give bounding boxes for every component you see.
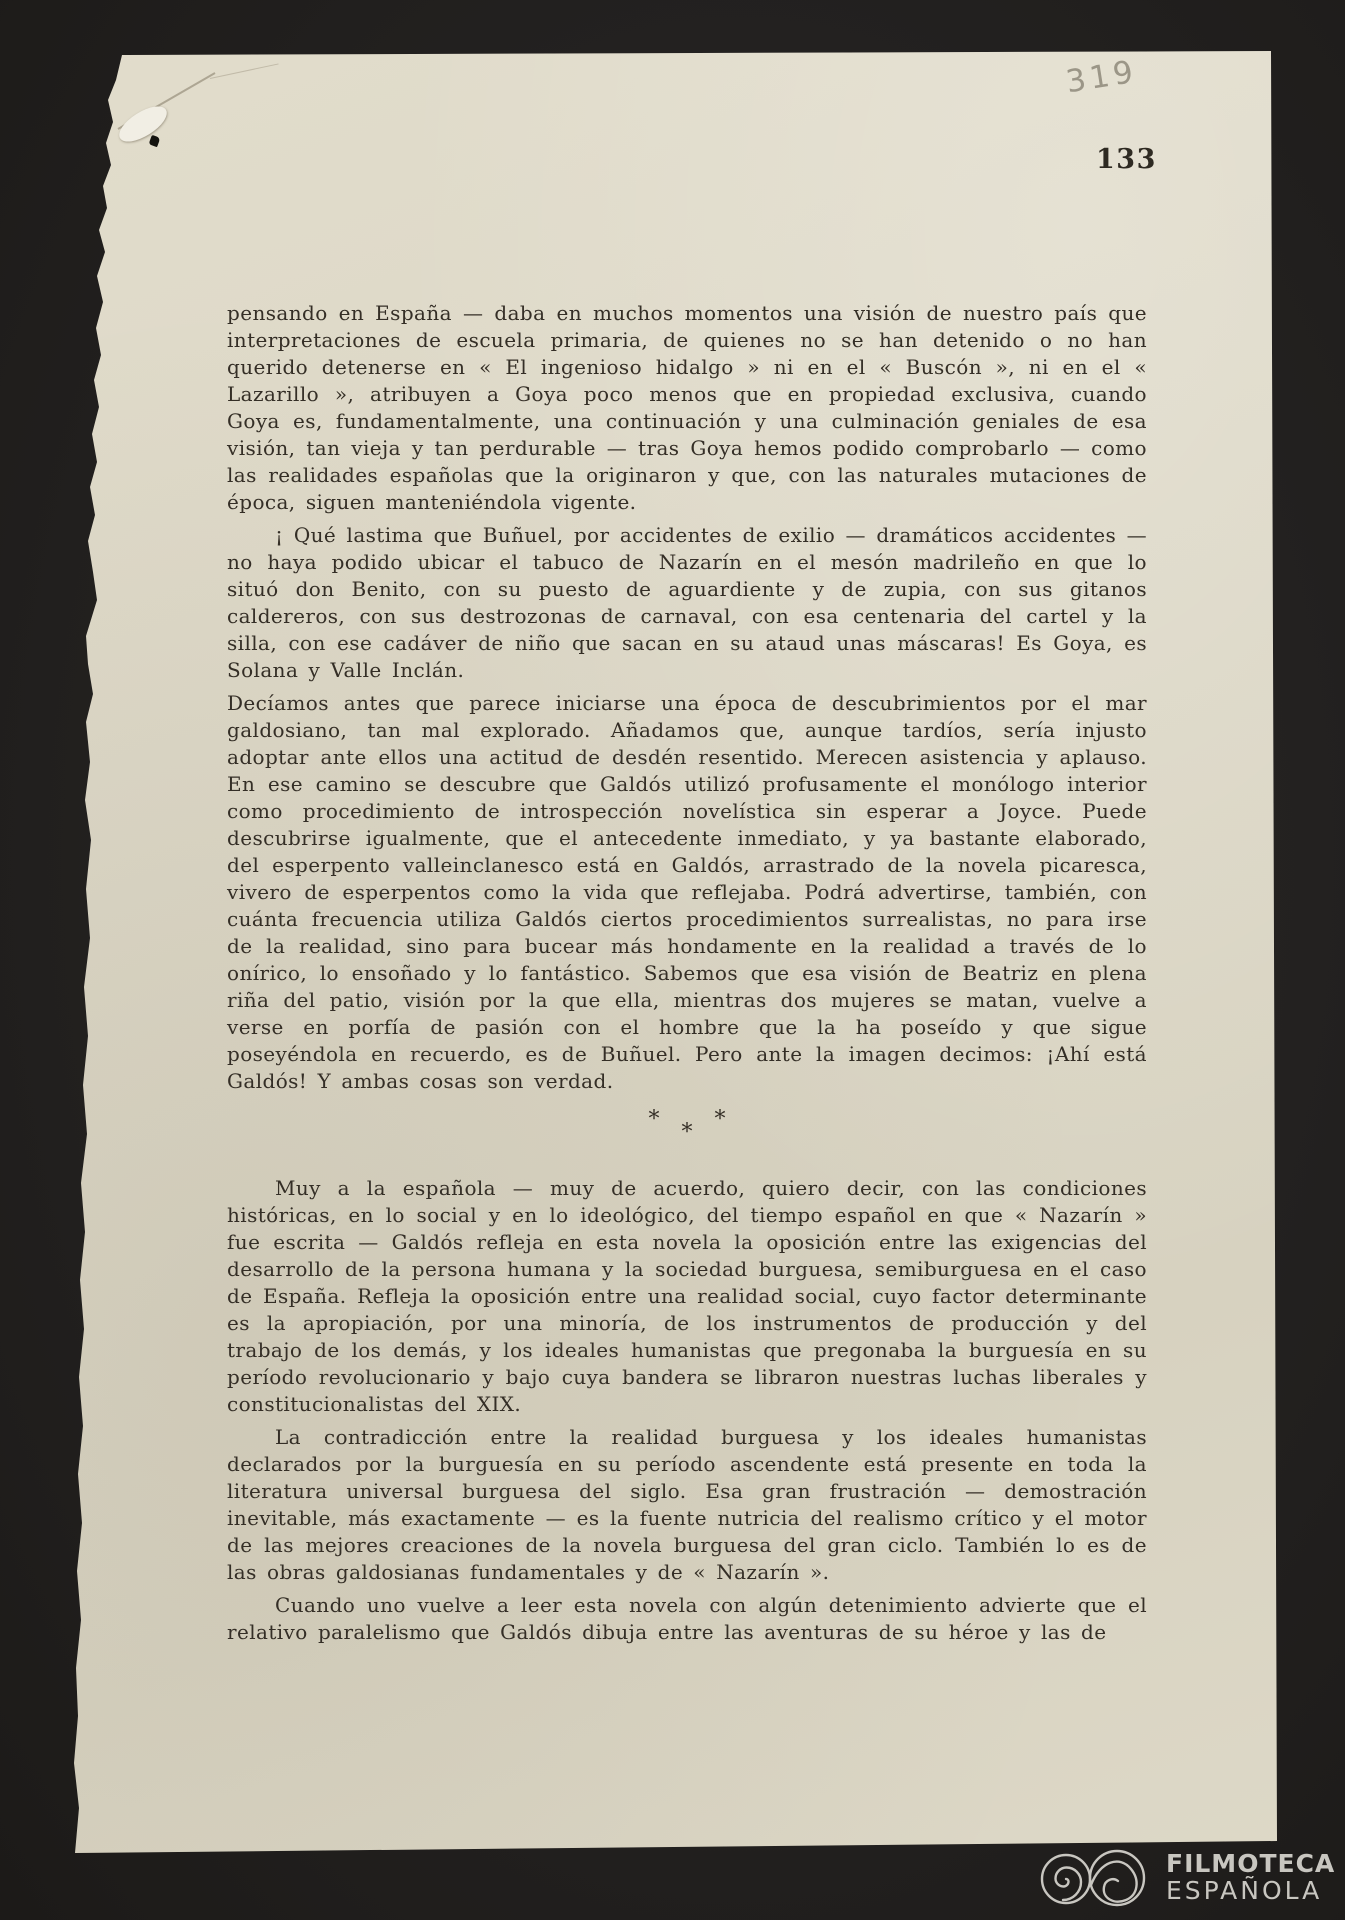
spiral-icon [1042, 1855, 1090, 1903]
tear-hole [114, 100, 173, 149]
page-number: 133 [1096, 146, 1157, 173]
text-block: pensando en España — daba en muchos mome… [227, 300, 1147, 1652]
filmoteca-logo-icon [1036, 1845, 1154, 1909]
paragraph: La contradicción entre la realidad burgu… [227, 1424, 1147, 1586]
paragraph: ¡ Qué lastima que Buñuel, por accidentes… [227, 522, 1147, 684]
document-page: 319 133 pensando en España — daba en muc… [0, 0, 1345, 1920]
fold-crease [210, 63, 279, 79]
reel-curve-icon [1090, 1851, 1144, 1905]
paragraph: Cuando uno vuelve a leer esta novela con… [227, 1592, 1147, 1646]
asterisk: * [715, 1109, 726, 1131]
paragraph: pensando en España — daba en muchos mome… [227, 300, 1147, 516]
watermark-line2: ESPAÑOLA [1166, 1877, 1335, 1904]
print-mark [76, 479, 85, 512]
paragraph: Decíamos antes que parece iniciarse una … [227, 690, 1147, 1095]
filmoteca-logo: FILMOTECA ESPAÑOLA [1036, 1845, 1335, 1909]
watermark-line1: FILMOTECA [1166, 1850, 1335, 1877]
asterisk: * [649, 1109, 660, 1131]
paragraph: Muy a la española — muy de acuerdo, quie… [227, 1175, 1147, 1418]
asterisk: * [682, 1122, 693, 1144]
asterisk-separator: *** [227, 1101, 1147, 1169]
scan-background: 319 133 pensando en España — daba en muc… [0, 0, 1345, 1920]
tear-hole-speck [149, 135, 161, 147]
handwritten-number: 319 [1064, 57, 1139, 99]
